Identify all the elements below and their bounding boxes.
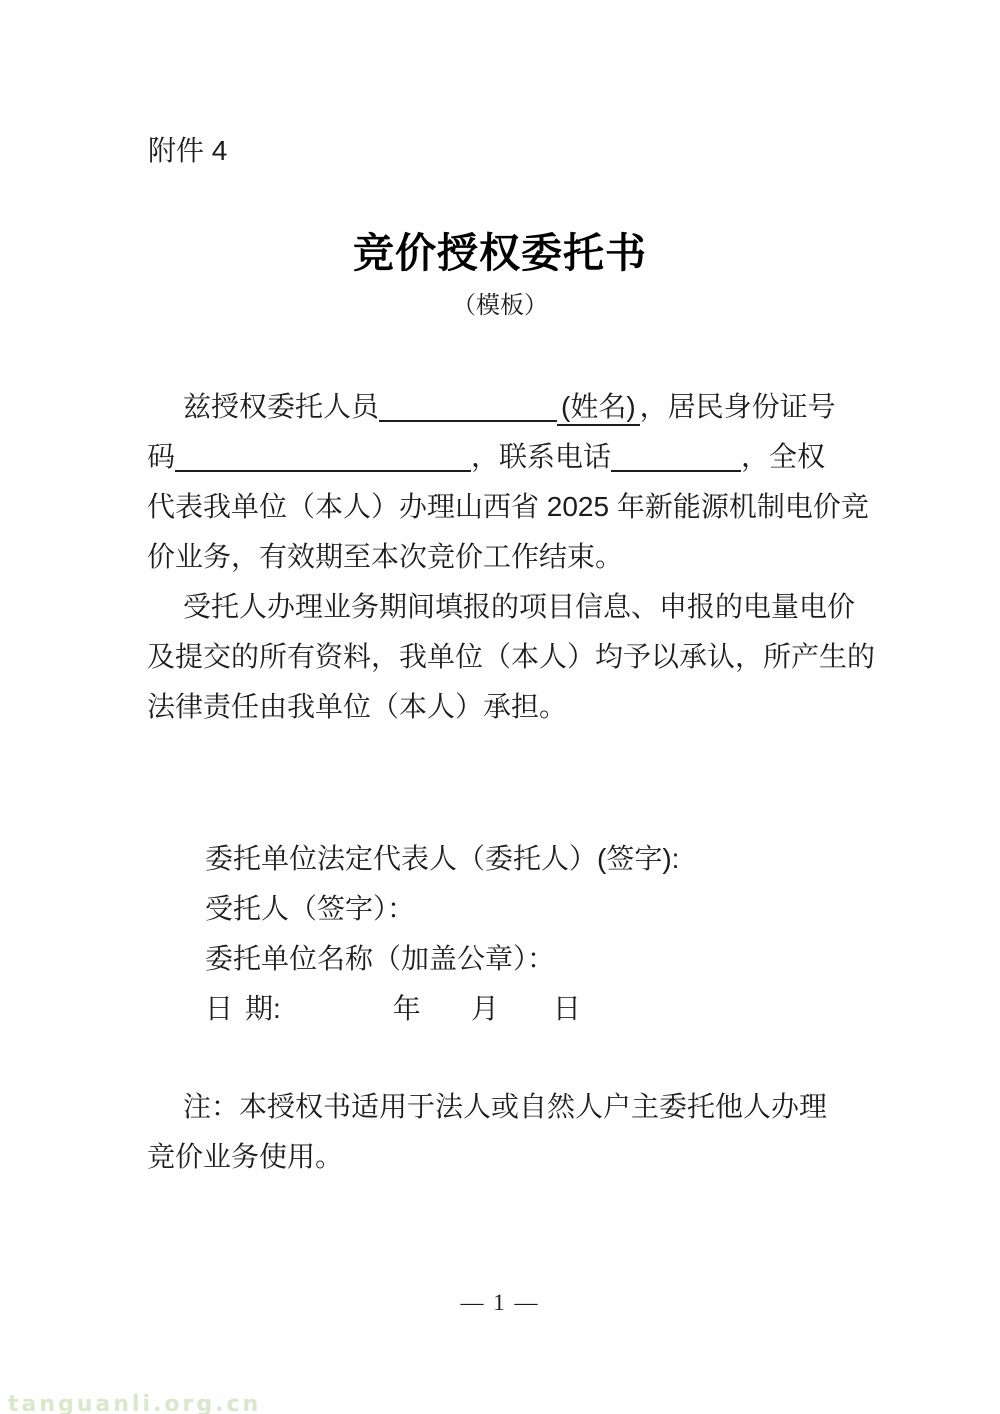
document-line: 委托单位名称（加盖公章）： [205, 934, 873, 984]
fill-in-blank [379, 392, 557, 422]
text-segment: 代表我单位（本人）办理山西省 2025 年新能源机制电价竞 [147, 491, 869, 522]
text-segment: ，联系电话 [471, 441, 611, 472]
text-segment: 价业务，有效期至本次竞价工作结束。 [147, 541, 623, 572]
document-body: 兹授权委托人员(姓名)，居民身份证号码，联系电话，全权代表我单位（本人）办理山西… [147, 382, 873, 1182]
text-segment: ，居民身份证号 [640, 391, 836, 422]
document-line: 法律责任由我单位（本人）承担。 [147, 682, 873, 732]
document-line: 兹授权委托人员(姓名)，居民身份证号 [147, 382, 873, 432]
document-line: 竞价业务使用。 [147, 1132, 873, 1182]
text-segment: 日 [553, 993, 581, 1024]
text-segment: 委托单位名称（加盖公章）： [205, 943, 555, 974]
document-line: 及提交的所有资料，我单位（本人）均予以承认，所产生的 [147, 632, 873, 682]
note-paragraph: 注：本授权书适用于法人或自然人户主委托他人办理竞价业务使用。 [147, 1082, 873, 1182]
text-segment: 月 [471, 993, 499, 1024]
text-segment: 年 [393, 993, 421, 1024]
document-line: 码，联系电话，全权 [147, 432, 873, 482]
text-segment: 受托人（签字）： [205, 893, 415, 924]
document-subtitle: （模板） [0, 285, 1000, 320]
text-segment: 注：本授权书适用于法人或自然人户主委托他人办理 [183, 1091, 827, 1122]
document-page: 附件 4 竞价授权委托书 （模板） 兹授权委托人员(姓名)，居民身份证号码，联系… [0, 0, 1000, 1414]
text-segment: 码 [147, 441, 175, 472]
text-segment: 期: [245, 993, 281, 1024]
signature-block: 委托单位法定代表人（委托人）(签字):受托人（签字）：委托单位名称（加盖公章）：… [147, 834, 873, 1034]
text-segment: ，全权 [741, 441, 825, 472]
authorization-paragraph: 兹授权委托人员(姓名)，居民身份证号码，联系电话，全权代表我单位（本人）办理山西… [147, 382, 873, 582]
text-segment: 受托人办理业务期间填报的项目信息、申报的电量电价 [183, 591, 855, 622]
liability-paragraph: 受托人办理业务期间填报的项目信息、申报的电量电价及提交的所有资料，我单位（本人）… [147, 582, 873, 732]
document-line: 代表我单位（本人）办理山西省 2025 年新能源机制电价竞 [147, 482, 873, 532]
text-segment: 日 [205, 993, 233, 1024]
underlined-label: (姓名) [557, 391, 640, 426]
text-segment: 及提交的所有资料，我单位（本人）均予以承认，所产生的 [147, 641, 875, 672]
text-segment: 法律责任由我单位（本人）承担。 [147, 691, 567, 722]
text-segment: 竞价业务使用。 [147, 1141, 343, 1172]
attachment-label: 附件 4 [148, 134, 227, 168]
document-line: 价业务，有效期至本次竞价工作结束。 [147, 532, 873, 582]
document-line: 委托单位法定代表人（委托人）(签字): [205, 834, 873, 884]
document-line: 受托人办理业务期间填报的项目信息、申报的电量电价 [147, 582, 873, 632]
text-segment: 委托单位法定代表人（委托人）(签字): [205, 843, 679, 874]
fill-in-blank [175, 442, 471, 472]
document-line: 日期:年月日 [205, 984, 873, 1034]
watermark-text: tanguanli.org.cn [8, 1392, 261, 1414]
page-number: — 1 — [0, 1290, 1000, 1316]
document-line: 受托人（签字）： [205, 884, 873, 934]
document-line: 注：本授权书适用于法人或自然人户主委托他人办理 [147, 1082, 873, 1132]
text-segment: 兹授权委托人员 [183, 391, 379, 422]
document-title: 竞价授权委托书 [0, 220, 1000, 279]
fill-in-blank [611, 442, 741, 472]
